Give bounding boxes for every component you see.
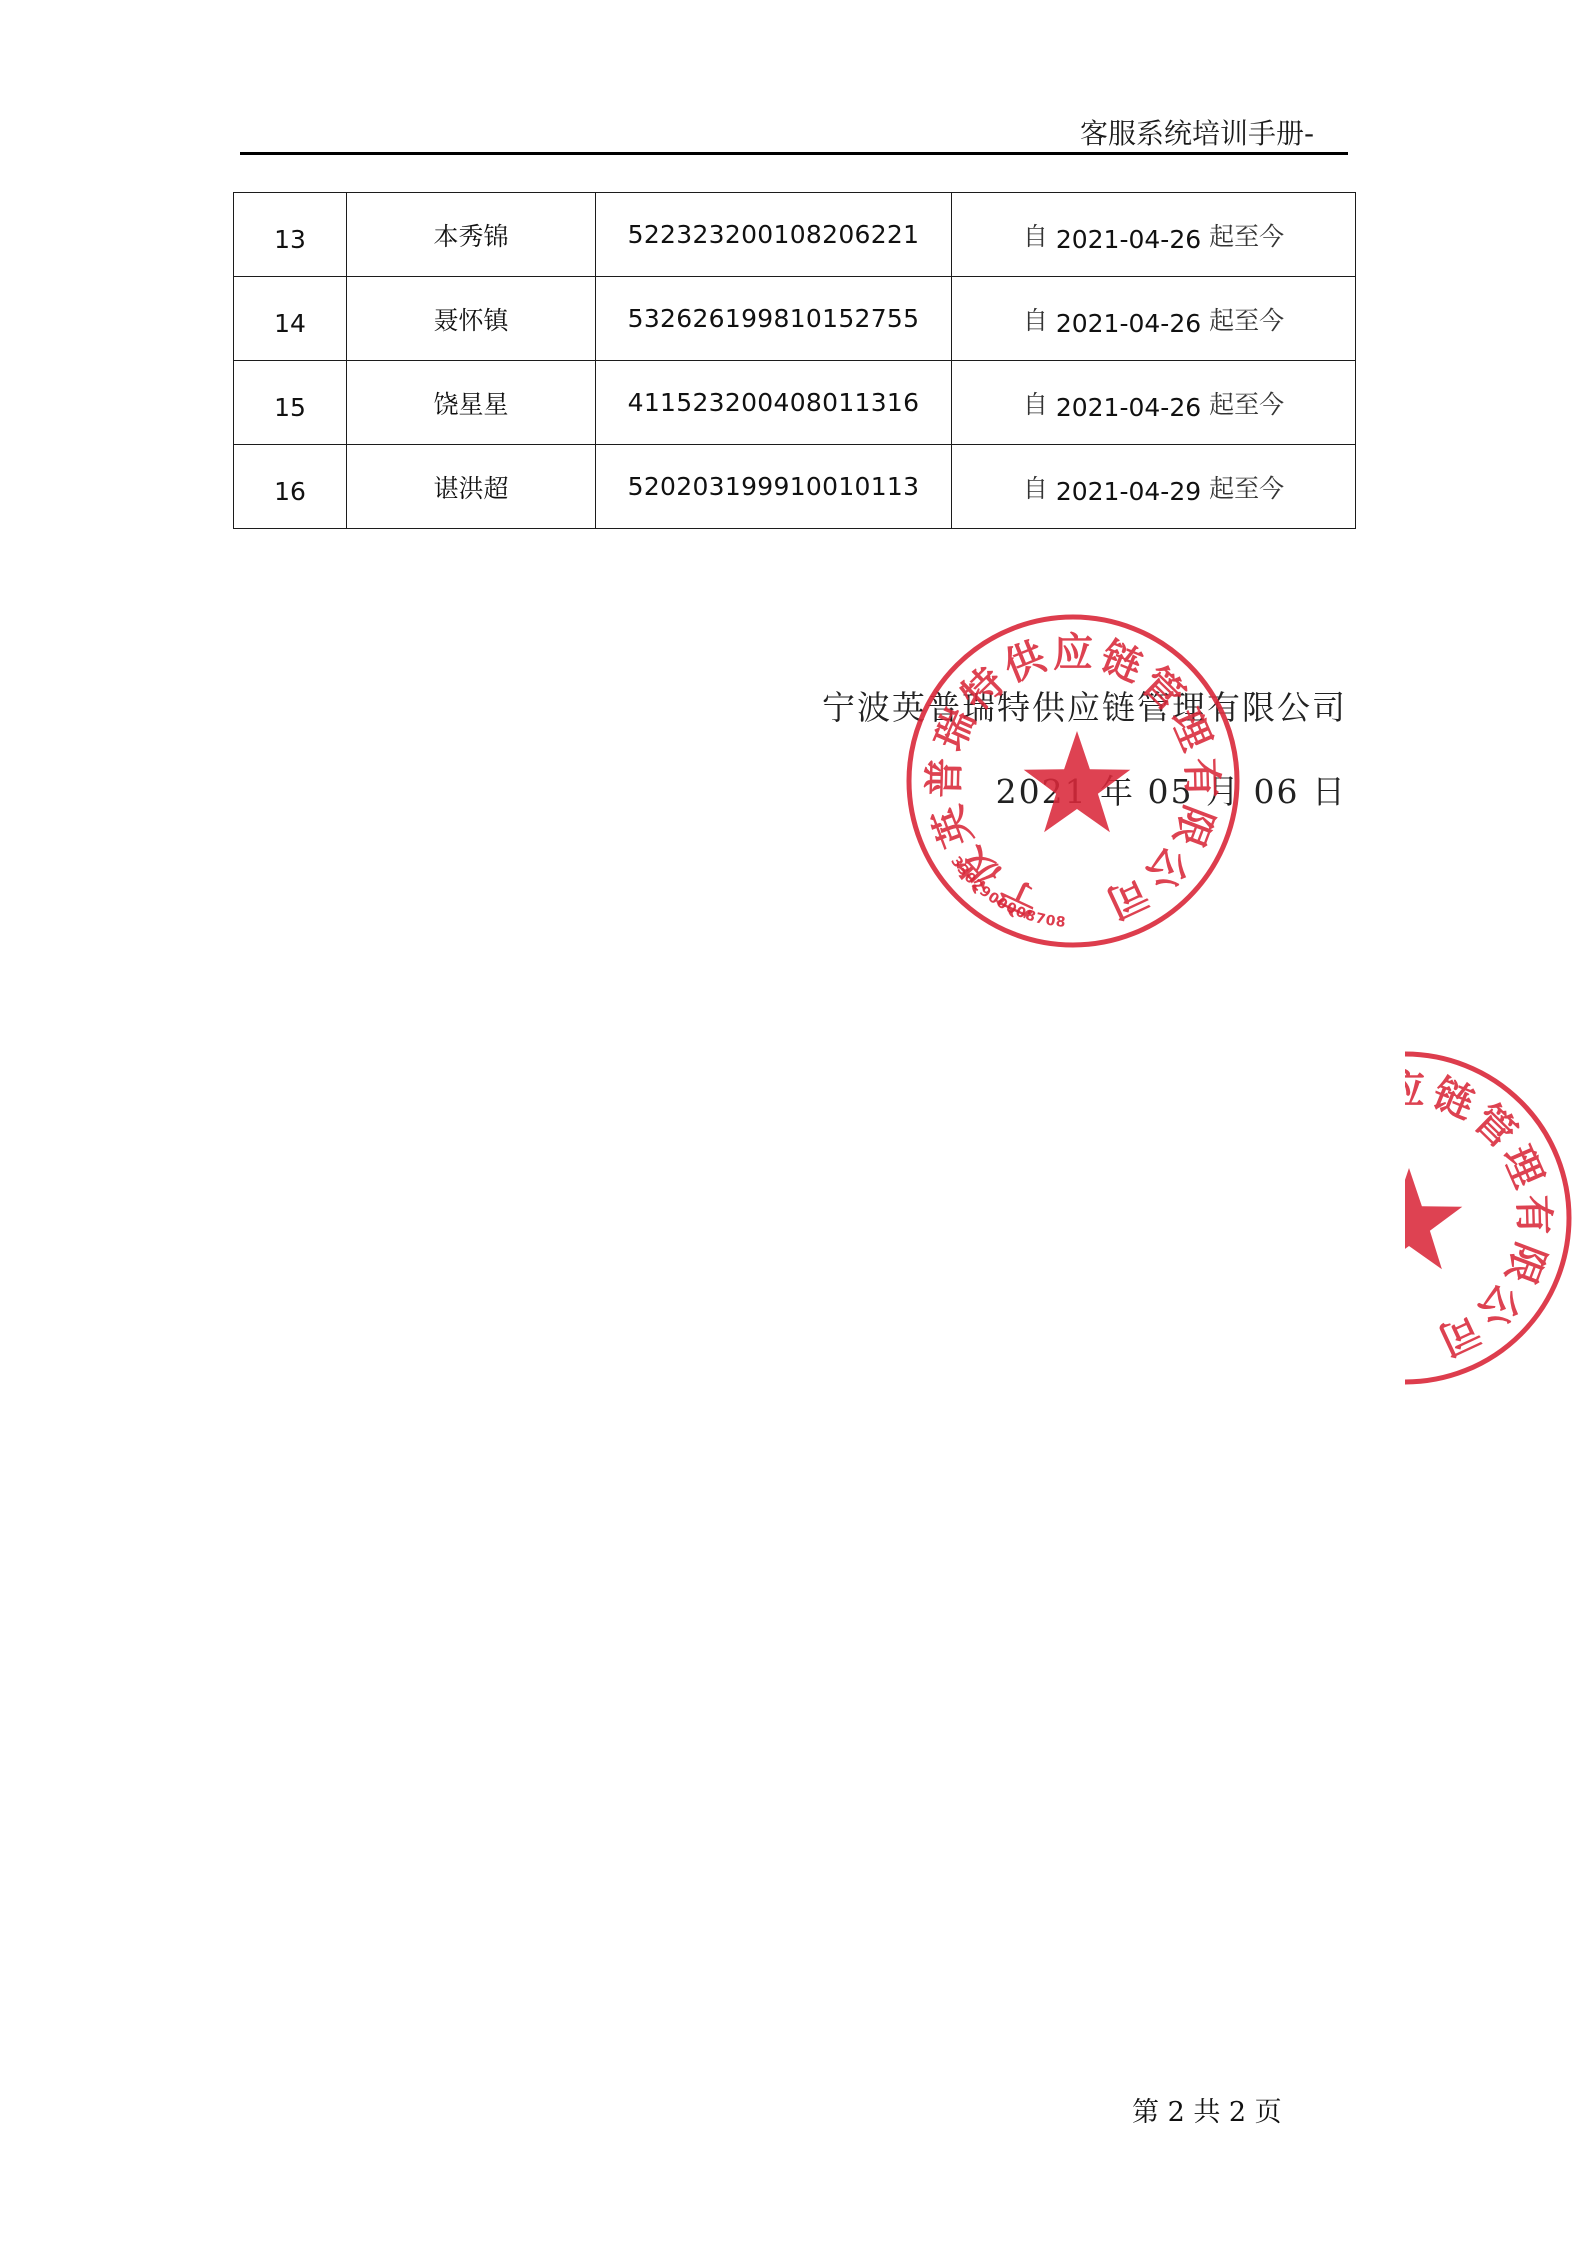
- row-number-cell: 16: [234, 445, 347, 529]
- id-number-cell: 532626199810152755: [596, 277, 952, 361]
- start-date: 2021-04-26: [1056, 393, 1201, 422]
- svg-text:0: 0: [1013, 904, 1028, 923]
- table-row: 14聂怀镇532626199810152755自 2021-04-26 起至今: [234, 277, 1356, 361]
- svg-text:0: 0: [985, 889, 1002, 908]
- employment-period-cell: 自 2021-04-26 起至今: [952, 277, 1356, 361]
- document-header-title: 客服系统培训手册-: [1080, 112, 1314, 152]
- svg-text:9: 9: [976, 883, 994, 902]
- svg-text:0: 0: [1044, 913, 1056, 930]
- employee-name-cell: 聂怀镇: [347, 277, 596, 361]
- employment-period-cell: 自 2021-04-29 起至今: [952, 445, 1356, 529]
- svg-text:7: 7: [1034, 910, 1047, 928]
- period-suffix: 起至今: [1209, 390, 1284, 419]
- signature-company: 宁波英普瑞特供应链管理有限公司: [822, 682, 1347, 729]
- employee-name-cell: 饶星星: [347, 361, 596, 445]
- employee-name-cell: 谌洪超: [347, 445, 596, 529]
- id-number-cell: 520203199910010113: [596, 445, 952, 529]
- svg-text:英: 英: [925, 799, 982, 853]
- row-number-cell: 14: [234, 277, 347, 361]
- svg-text:2: 2: [968, 877, 986, 895]
- header-divider: [240, 152, 1348, 155]
- svg-text:公: 公: [1136, 838, 1197, 899]
- svg-text:宁: 宁: [991, 868, 1047, 927]
- seam-seal-stamp-graphic: 宁波英普瑞特供应链管理有限公司3302900008708: [1405, 1043, 1580, 1393]
- employment-period-cell: 自 2021-04-26 起至今: [952, 361, 1356, 445]
- svg-text:3: 3: [947, 854, 966, 871]
- svg-text:0: 0: [961, 869, 980, 887]
- staff-table: 13本秀锦522323200108206221自 2021-04-26 起至今1…: [233, 192, 1356, 529]
- svg-text:普: 普: [922, 757, 969, 798]
- period-prefix: 自: [1023, 474, 1048, 503]
- svg-text:8: 8: [1055, 914, 1066, 931]
- employee-name-cell: 本秀锦: [347, 193, 596, 277]
- svg-text:应: 应: [1053, 630, 1093, 676]
- id-number-cell: 411523200408011316: [596, 361, 952, 445]
- seam-seal-stamp: 宁波英普瑞特供应链管理有限公司3302900008708: [1405, 1030, 1587, 1410]
- period-prefix: 自: [1023, 222, 1048, 251]
- svg-text:波: 波: [949, 838, 1010, 899]
- signature-date: 2021 年 05 月 06 日: [996, 766, 1347, 813]
- svg-text:应: 应: [1405, 1067, 1425, 1113]
- svg-text:司: 司: [1099, 868, 1155, 927]
- svg-text:8: 8: [1023, 907, 1037, 925]
- star-icon: [1405, 1168, 1462, 1269]
- row-number-cell: 15: [234, 361, 347, 445]
- employment-period-cell: 自 2021-04-26 起至今: [952, 193, 1356, 277]
- row-number-cell: 13: [234, 193, 347, 277]
- svg-text:有: 有: [1510, 1194, 1557, 1235]
- svg-text:0: 0: [1003, 899, 1019, 918]
- table-row: 15饶星星411523200408011316自 2021-04-26 起至今: [234, 361, 1356, 445]
- table-row: 16谌洪超520203199910010113自 2021-04-29 起至今: [234, 445, 1356, 529]
- start-date: 2021-04-29: [1056, 477, 1201, 506]
- period-suffix: 起至今: [1209, 306, 1284, 335]
- period-prefix: 自: [1023, 306, 1048, 335]
- svg-text:0: 0: [994, 895, 1011, 914]
- start-date: 2021-04-26: [1056, 309, 1201, 338]
- table-row: 13本秀锦522323200108206221自 2021-04-26 起至今: [234, 193, 1356, 277]
- period-suffix: 起至今: [1209, 222, 1284, 251]
- id-number-cell: 522323200108206221: [596, 193, 952, 277]
- svg-text:3: 3: [954, 862, 973, 880]
- period-suffix: 起至今: [1209, 474, 1284, 503]
- start-date: 2021-04-26: [1056, 225, 1201, 254]
- page-number: 第 2 共 2 页: [1132, 2090, 1282, 2129]
- period-prefix: 自: [1023, 390, 1048, 419]
- svg-text:理: 理: [1493, 1139, 1551, 1194]
